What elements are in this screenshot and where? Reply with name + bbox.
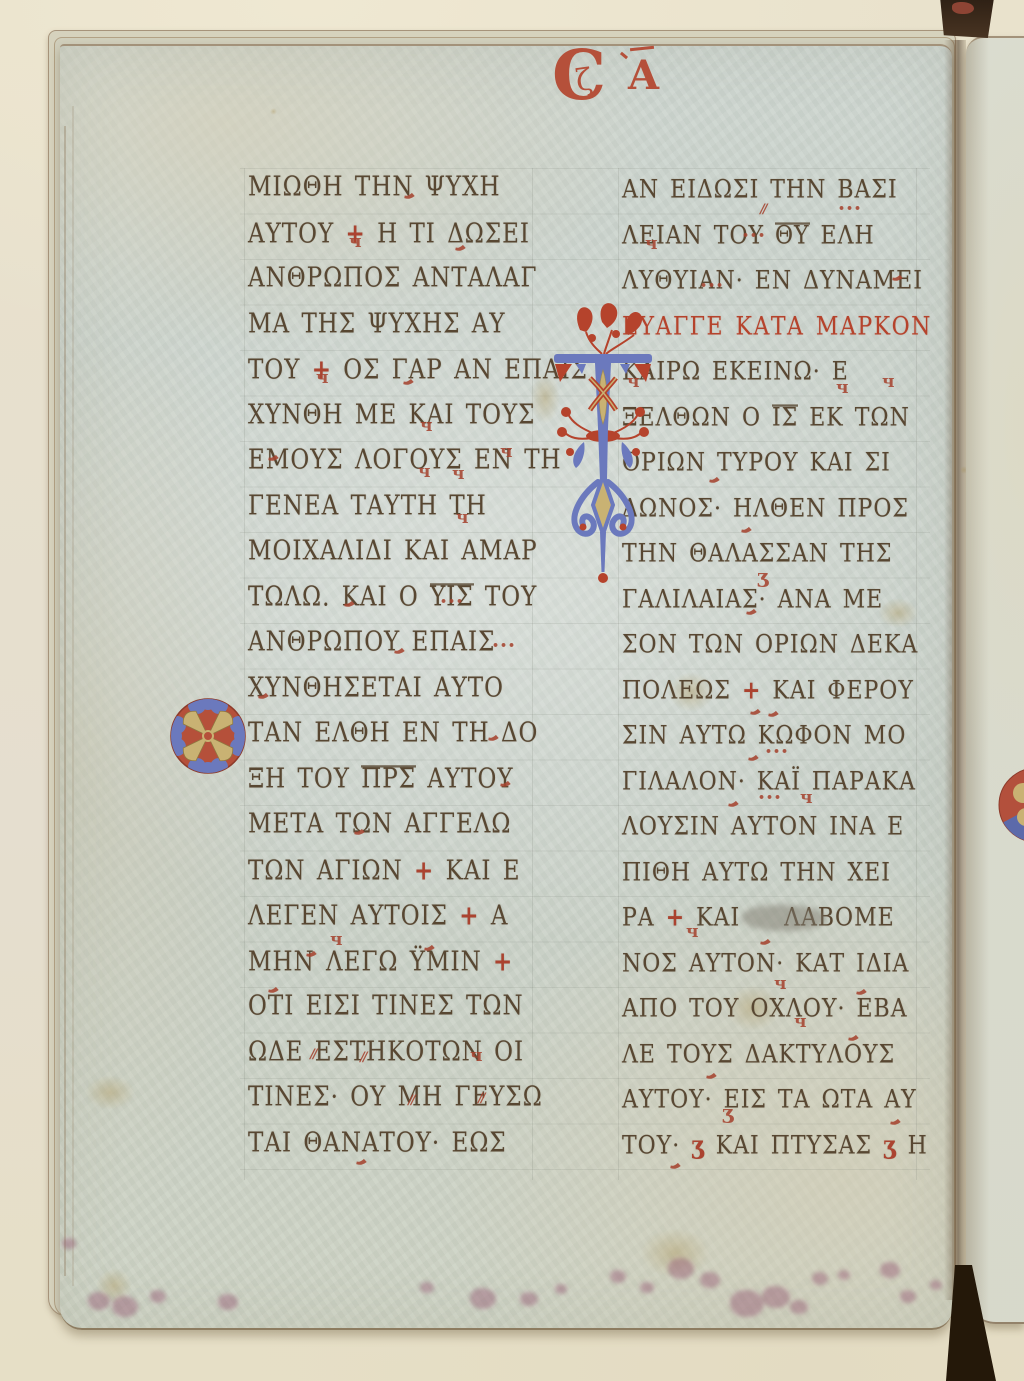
text-line: ΛΕΓΕΝ ΑΥΤΟΙΣ + Α [248,890,534,943]
text-line: ΛΥΘΥΙΑΝ· ΕΝ ΔΥΝΑΜΕΙ [622,255,922,308]
erased-text-smudge [742,905,826,931]
quire-number-alpha: Α [628,56,659,96]
text-line: ΑΝΘΡΩΠΟΣ ΑΝΤΑΛΑΓ [248,253,534,306]
text-line: ΤΑΝ ΕΛΘΗ ΕΝ ΤΗ ΔΟ [248,708,534,761]
text-line: ΑΠΟ ΤΟΥ ΟΧΛΟΥ· ΕΒΑ [622,983,922,1036]
marginal-rosette-medallion [168,696,248,776]
text-line: ΤΟΥ + ΟΣ ΓΑΡ ΑΝ ΕΠΑΙΣ [248,344,534,397]
headband-fleck [952,2,974,14]
column-guide-left [244,168,245,1180]
text-line: ΤΗΝ ΘΑΛΑΣΣΑΝ ΤΗΣ [622,528,922,581]
text-line: ΜΟΙΧΑΛΙΔΙ ΚΑΙ ΑΜΑΡ [248,526,534,579]
text-line: ΜΙΩΘΗ ΤΗΝ ΨΥΧΗ [248,162,534,215]
text-line: ΑΝΘΡΩΠΟΥ ΕΠΑΙΣ [248,617,534,670]
text-line: ΤΙΝΕΣ· ΟΥ ΜΗ ΓΕΥΣΩ [248,1072,534,1125]
quire-number-letter: Α [628,52,659,99]
text-line: ΤΑΙ ΘΑΝΑΤΟΥ· ΕΩΣ [248,1117,534,1170]
gutter-fold-shadow [944,40,966,1300]
page-edge-line-2 [72,106,74,1286]
text-line: ΜΕΤΑ ΤΩΝ ΑΓΓΕΛΩ [248,799,534,852]
text-line: ΤΟΥ· ʒ ΚΑΙ ΠΤΥΣΑΣ ʒ Η [622,1119,922,1172]
binding-top-notch [938,0,996,40]
text-line: ΟΤΙ ΕΙΣΙ ΤΙΝΕΣ ΤΩΝ [248,981,534,1034]
facing-page-medallion [996,765,1024,845]
text-line: ΛΟΥΣΙΝ ΑΥΤΟΝ ΙΝΑ Ε [622,801,922,854]
text-line: ΑΝ ΕΙΔΩΣΙ ΤΗΝ ΒΑΣΙ [622,164,922,217]
text-line: ΕΜΟΥΣ ΛΟΓΟΥΣ ΕΝ ΤΗ [248,435,534,488]
text-column-left: ΜΙΩΘΗ ΤΗΝ ΨΥΧΗΑΥΤΟΥ + Η ΤΙ ΔΩΣΕΙΑΝΘΡΩΠΟΣ… [248,166,534,1167]
text-line: ΚΑΙΡΩ ΕΚΕΙΝΩ· Ε [622,346,922,399]
facing-folio-edge [966,36,1024,1324]
text-line: ΣΟΝ ΤΩΝ ΟΡΙΩΝ ΔΕΚΑ [622,619,922,672]
quire-mark-ornament: Ϲ ζ [552,42,606,110]
text-column-right: ΑΝ ΕΙΔΩΣΙ ΤΗΝ ΒΑΣΙΛΕΙΑΝ ΤΟΥ ΘΥ ΕΛΗΛΥΘΥΙΑ… [622,168,922,1169]
text-line: ΟΡΙΩΝ ΤΥΡΟΥ ΚΑΙ ΣΙ [622,437,922,490]
manuscript-photo: Ϲ ζ Α ΜΙΩΘΗ ΤΗΝ ΨΥΧΗΑΥΤΟΥ + Η ΤΙ ΔΩΣΕΙΑΝ… [0,0,1024,1381]
decorated-initial-tau [550,300,656,590]
text-line: ΣΙΝ ΑΥΤΩ ΚΩΦΟΝ ΜΟ [622,710,922,763]
text-line: ΑΥΤΟΥ· ΕΙΣ ΤΑ ΩΤΑ ΑΥ [622,1074,922,1127]
page-edge-line [64,126,66,1276]
